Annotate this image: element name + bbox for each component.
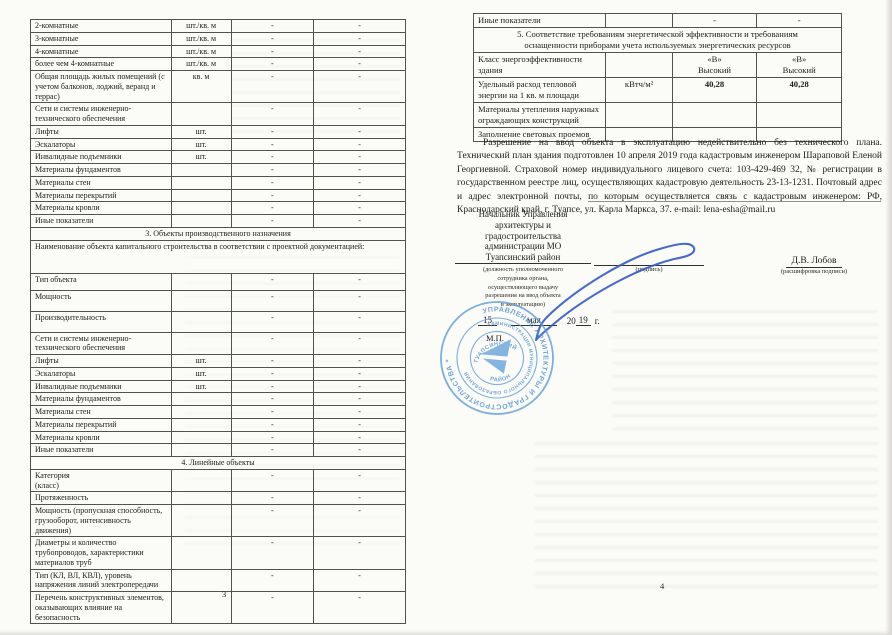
- row-value-2: -: [314, 103, 406, 126]
- row-value-1: -: [231, 355, 314, 368]
- row-label: Производительность: [31, 311, 172, 332]
- row-value-1: -: [231, 492, 314, 505]
- row-value-1: -: [231, 569, 314, 592]
- row-unit: [171, 176, 231, 189]
- row-value-2: -: [314, 431, 406, 444]
- row-label: Иные показатели: [474, 14, 606, 28]
- row-value-2: -: [314, 45, 406, 58]
- row-value-1: -: [231, 45, 314, 58]
- row-value-1: -: [231, 290, 314, 311]
- row-value-1: -: [231, 431, 314, 444]
- row-value-2: «В» Высокий: [757, 53, 842, 78]
- row-value-2: -: [314, 537, 406, 569]
- row-unit: [171, 189, 231, 202]
- row-unit: шт.: [171, 138, 231, 151]
- row-label: Материалы фундаментов: [31, 164, 172, 177]
- row-value-2: -: [314, 367, 406, 380]
- row-label: Диаметры и количество трубопроводов, хар…: [31, 537, 172, 569]
- table-row: 4-комнатныешт./кв. м--: [31, 45, 406, 58]
- table-row: Диаметры и количество трубопроводов, хар…: [31, 537, 406, 569]
- row-value-1: -: [231, 32, 314, 45]
- row-value-2: -: [314, 380, 406, 393]
- page-number-left: 3: [222, 589, 226, 599]
- row-unit: [171, 215, 231, 228]
- table-row: Общая площадь жилых помещений (с учетом …: [31, 71, 406, 103]
- row-label: Тип (КЛ, ВЛ, КВЛ), уровень напряжения ли…: [31, 569, 172, 592]
- row-value-1: -: [231, 469, 314, 492]
- row-label: Сети и системы инженерно-технического об…: [31, 332, 172, 355]
- row-label: Материалы кровли: [31, 431, 172, 444]
- table-row: Материалы перекрытий--: [31, 189, 406, 202]
- row-value-2: 40,28: [757, 78, 842, 103]
- row-value-2: -: [314, 176, 406, 189]
- row-unit: шт./кв. м: [171, 45, 231, 58]
- table-row: 3. Объекты производственного назначения: [31, 227, 406, 240]
- table-row: Удельный расход тепловой энергии на 1 кв…: [474, 78, 842, 103]
- row-unit: [606, 53, 672, 78]
- row-label: 3-комнатные: [31, 32, 172, 45]
- table-row: Мощность (пропускная способность, грузоо…: [31, 505, 406, 537]
- table-row: Лифтышт.--: [31, 125, 406, 138]
- table-row: Перечень конструктивных элементов, оказы…: [31, 592, 406, 624]
- row-label: Материалы фундаментов: [31, 393, 172, 406]
- row-label: Эскалаторы: [31, 367, 172, 380]
- scan-edge-shadow: [0, 630, 892, 635]
- row-unit: шт./кв. м: [171, 58, 231, 71]
- row-label: Инвалидные подъемники: [31, 151, 172, 164]
- row-value-2: -: [314, 32, 406, 45]
- row-value-1: -: [231, 393, 314, 406]
- row-value-2: -: [314, 406, 406, 419]
- table-row: Материалы перекрытий--: [31, 418, 406, 431]
- row-value-1: -: [231, 537, 314, 569]
- row-value-1: [672, 103, 757, 128]
- row-value-2: -: [314, 505, 406, 537]
- row-value-2: -: [314, 71, 406, 103]
- row-label: Перечень конструктивных элементов, оказы…: [31, 592, 172, 624]
- row-unit: [171, 273, 231, 290]
- table-row: Иные показатели--: [31, 444, 406, 457]
- row-label: Мощность (пропускная способность, грузоо…: [31, 505, 172, 537]
- row-value-1: -: [231, 125, 314, 138]
- cadastral-engineer-paragraph: Разрешение на ввод объекта в эксплуатаци…: [457, 137, 882, 218]
- row-label: Протяженность: [31, 492, 172, 505]
- row-label: Мощность: [31, 290, 172, 311]
- table-row: Эскалаторышт.--: [31, 367, 406, 380]
- row-label: Материалы перекрытий: [31, 189, 172, 202]
- table-row: Производительность--: [31, 311, 406, 332]
- row-value-1: -: [231, 273, 314, 290]
- row-label: Сети и системы инженерно-технического об…: [31, 103, 172, 126]
- row-unit: [171, 444, 231, 457]
- row-unit: [171, 164, 231, 177]
- row-label: Тип объекта: [31, 273, 172, 290]
- row-unit: шт.: [171, 355, 231, 368]
- table-row: Материалы утепления наружных ограждающих…: [474, 103, 842, 128]
- row-unit: шт.: [171, 380, 231, 393]
- table-row: Тип (КЛ, ВЛ, КВЛ), уровень напряжения ли…: [31, 569, 406, 592]
- table-row: Материалы кровли--: [31, 202, 406, 215]
- row-value-1: -: [231, 332, 314, 355]
- section-header-cell: 4. Линейные объекты: [31, 457, 406, 470]
- table-row: более чем 4-комнатныешт./кв. м--: [31, 58, 406, 71]
- signer-name: Д.В. Лобов: [786, 256, 843, 268]
- row-unit: [171, 406, 231, 419]
- bleed-through-artifact: [535, 438, 878, 588]
- row-unit: [171, 492, 231, 505]
- row-value-1: -: [231, 164, 314, 177]
- row-value-2: [757, 103, 842, 128]
- row-label: Эскалаторы: [31, 138, 172, 151]
- row-label: 2-комнатные: [31, 20, 172, 33]
- row-unit: [171, 311, 231, 332]
- row-label: более чем 4-комнатные: [31, 58, 172, 71]
- table-row: 4. Линейные объекты: [31, 457, 406, 470]
- section-header-cell: 3. Объекты производственного назначения: [31, 227, 406, 240]
- table-row: Категория (класс)--: [31, 469, 406, 492]
- row-value-2: -: [314, 355, 406, 368]
- table-row: Материалы стен--: [31, 176, 406, 189]
- table-row: Инвалидные подъемникишт.--: [31, 380, 406, 393]
- table-row: Класс энергоэффективности здания«В» Высо…: [474, 53, 842, 78]
- table-row: 2-комнатныешт./кв. м--: [31, 20, 406, 33]
- row-unit: шт.: [171, 125, 231, 138]
- row-unit: кв. м: [171, 71, 231, 103]
- row-value-2: -: [314, 492, 406, 505]
- row-value-2: -: [314, 592, 406, 624]
- row-value-1: -: [231, 138, 314, 151]
- row-value-1: 40,28: [672, 78, 757, 103]
- table-row: Протяженность--: [31, 492, 406, 505]
- row-value-1: -: [231, 592, 314, 624]
- row-value-2: -: [314, 164, 406, 177]
- row-value-2: -: [314, 311, 406, 332]
- row-value-2: -: [314, 290, 406, 311]
- scanned-document-sheet: 2-комнатныешт./кв. м--3-комнатныешт./кв.…: [0, 0, 892, 635]
- row-unit: шт.: [171, 151, 231, 164]
- row-value-1: -: [231, 418, 314, 431]
- table-row: Эскалаторышт.--: [31, 138, 406, 151]
- row-unit: [171, 431, 231, 444]
- row-value-1: -: [231, 189, 314, 202]
- row-value-1: -: [231, 380, 314, 393]
- table-row: 5. Соответствие требованиям энергетическ…: [474, 28, 842, 53]
- left-page-table: 2-комнатныешт./кв. м--3-комнатныешт./кв.…: [30, 19, 406, 624]
- row-unit: [171, 202, 231, 215]
- row-value-1: -: [231, 176, 314, 189]
- row-value-2: -: [314, 569, 406, 592]
- signer-name-field: Д.В. Лобов (расшифровка подписи): [746, 250, 882, 275]
- table-row: Тип объекта--: [31, 273, 406, 290]
- table-row: Сети и системы инженерно-технического об…: [31, 332, 406, 355]
- row-label: Инвалидные подъемники: [31, 380, 172, 393]
- row-unit: [171, 290, 231, 311]
- row-value-2: -: [314, 58, 406, 71]
- row-label: 4-комнатные: [31, 45, 172, 58]
- table-row: 3-комнатныешт./кв. м--: [31, 32, 406, 45]
- row-value-2: -: [314, 273, 406, 290]
- row-label: Лифты: [31, 125, 172, 138]
- table-row: Материалы кровли--: [31, 431, 406, 444]
- row-unit: [171, 103, 231, 126]
- row-value-1: -: [231, 20, 314, 33]
- row-value-1: -: [231, 406, 314, 419]
- left-table-body: 2-комнатныешт./кв. м--3-комнатныешт./кв.…: [31, 20, 406, 624]
- row-value-2: -: [314, 332, 406, 355]
- row-unit: [171, 505, 231, 537]
- row-value-1: -: [231, 367, 314, 380]
- table-row: Инвалидные подъемникишт.--: [31, 151, 406, 164]
- scan-artifact-line: [588, 201, 881, 202]
- row-value-2: -: [314, 469, 406, 492]
- row-label: Класс энергоэффективности здания: [474, 53, 606, 78]
- row-value-2: -: [757, 14, 842, 28]
- row-value-1: -: [231, 215, 314, 228]
- row-label: Иные показатели: [31, 215, 172, 228]
- row-unit: [171, 332, 231, 355]
- row-value-1: -: [231, 311, 314, 332]
- row-label: Удельный расход тепловой энергии на 1 кв…: [474, 78, 606, 103]
- table-row: Сети и системы инженерно-технического об…: [31, 103, 406, 126]
- row-label: Материалы перекрытий: [31, 418, 172, 431]
- signer-name-caption: (расшифровка подписи): [746, 268, 882, 275]
- row-label: Категория (класс): [31, 469, 172, 492]
- row-value-1: -: [231, 71, 314, 103]
- row-value-1: -: [231, 444, 314, 457]
- row-value-1: -: [231, 58, 314, 71]
- row-value-2: -: [314, 418, 406, 431]
- row-value-2: -: [314, 393, 406, 406]
- fullwidth-cell: Наименование объекта капитального строит…: [31, 240, 406, 273]
- table-row: Лифтышт.--: [31, 355, 406, 368]
- row-label: Материалы стен: [31, 176, 172, 189]
- row-value-2: -: [314, 215, 406, 228]
- table-row: Материалы стен--: [31, 406, 406, 419]
- row-unit: [606, 14, 672, 28]
- row-value-1: «В» Высокий: [672, 53, 757, 78]
- right-table-body: Иные показатели--5. Соответствие требова…: [474, 14, 842, 142]
- row-value-2: -: [314, 125, 406, 138]
- row-label: Материалы стен: [31, 406, 172, 419]
- row-value-1: -: [231, 202, 314, 215]
- table-row: Материалы фундаментов--: [31, 164, 406, 177]
- row-unit: [606, 103, 672, 128]
- row-unit: [171, 418, 231, 431]
- row-label: Материалы кровли: [31, 202, 172, 215]
- row-label: Материалы утепления наружных ограждающих…: [474, 103, 606, 128]
- section-header-cell: 5. Соответствие требованиям энергетическ…: [474, 28, 842, 53]
- row-value-2: -: [314, 202, 406, 215]
- row-unit: шт./кв. м: [171, 20, 231, 33]
- row-label: Иные показатели: [31, 444, 172, 457]
- row-unit: шт./кв. м: [171, 32, 231, 45]
- row-value-1: -: [231, 103, 314, 126]
- row-value-1: -: [231, 151, 314, 164]
- row-value-2: -: [314, 151, 406, 164]
- row-unit: [171, 469, 231, 492]
- page-number-right: 4: [660, 581, 664, 591]
- table-row: Мощность--: [31, 290, 406, 311]
- row-value-2: -: [314, 20, 406, 33]
- row-value-2: -: [314, 138, 406, 151]
- row-value-1: -: [231, 505, 314, 537]
- row-unit: [171, 393, 231, 406]
- row-value-1: -: [672, 14, 757, 28]
- table-row: Наименование объекта капитального строит…: [31, 240, 406, 273]
- row-label: Общая площадь жилых помещений (с учетом …: [31, 71, 172, 103]
- row-unit: [171, 537, 231, 569]
- row-unit: кВтч/м²: [606, 78, 672, 103]
- table-row: Иные показатели--: [474, 14, 842, 28]
- row-label: Лифты: [31, 355, 172, 368]
- row-value-2: -: [314, 444, 406, 457]
- row-unit: шт.: [171, 367, 231, 380]
- row-value-2: -: [314, 189, 406, 202]
- table-row: Иные показатели--: [31, 215, 406, 228]
- right-page-table: Иные показатели--5. Соответствие требова…: [473, 13, 842, 142]
- table-row: Материалы фундаментов--: [31, 393, 406, 406]
